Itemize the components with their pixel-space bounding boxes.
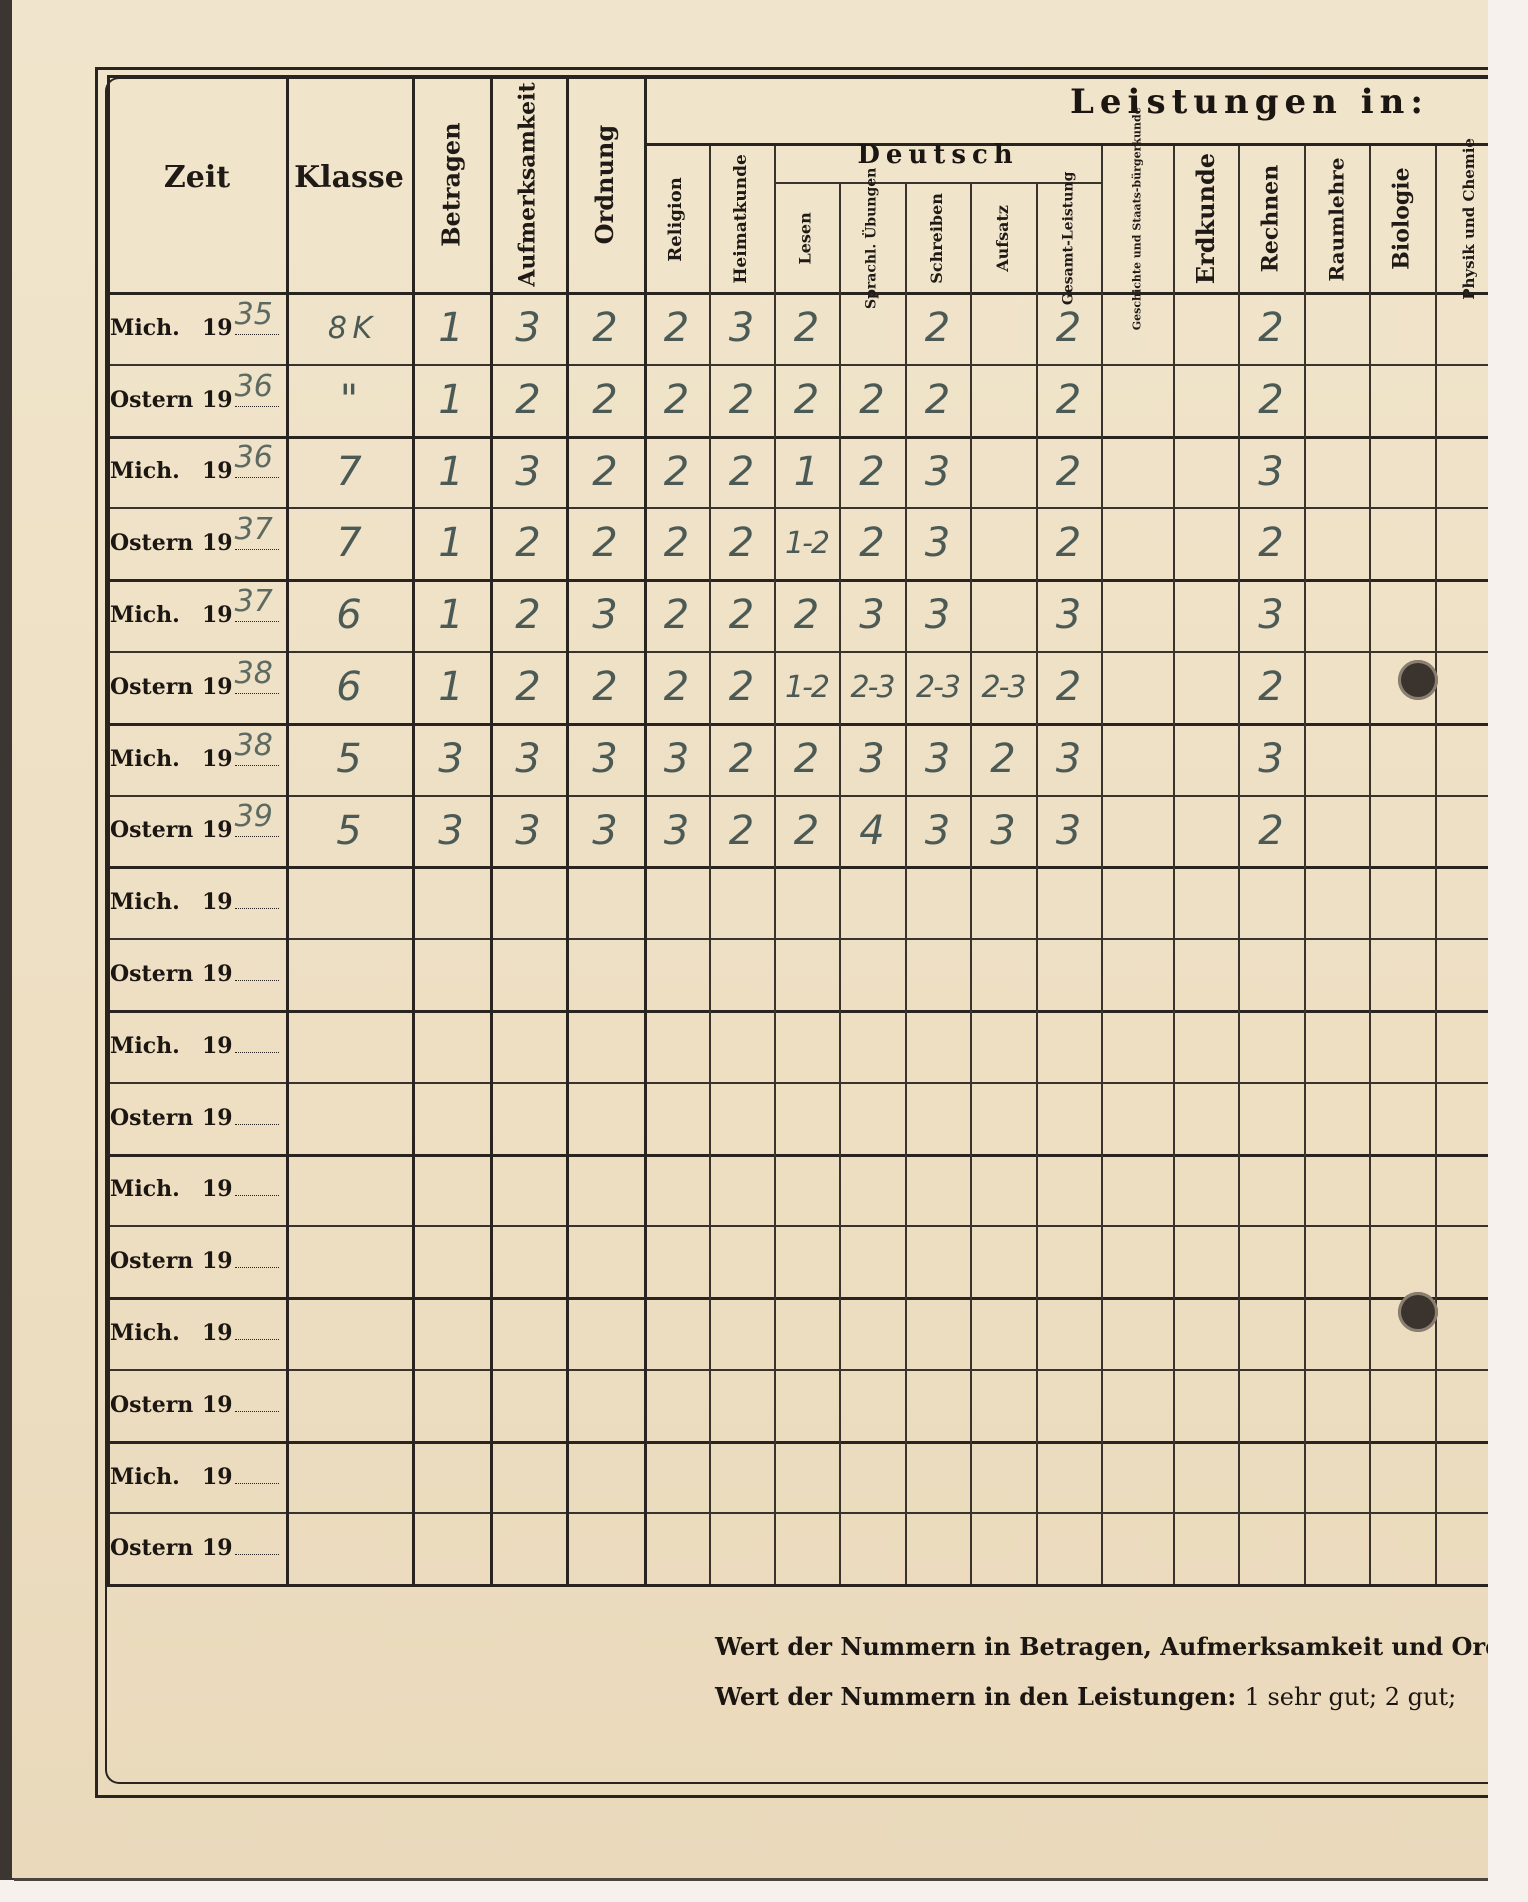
grade-cell: " <box>286 364 412 436</box>
grade-cell <box>970 507 1036 579</box>
grade-cell <box>1304 292 1369 364</box>
grade-cell <box>1304 723 1369 795</box>
grade-cell: 1 <box>412 507 490 579</box>
grade-cell: 3 <box>566 723 644 795</box>
term-label: Mich. <box>110 1033 198 1059</box>
grade-cell: 3 <box>839 579 905 651</box>
grade-cell: 2 <box>1238 507 1304 579</box>
grade-cell: 2-3 <box>905 651 970 723</box>
header-ordnung-label: Ordnung <box>592 125 617 244</box>
year-field <box>235 1463 279 1484</box>
grade-cell <box>1369 795 1435 867</box>
grade-cell: 2 <box>1036 436 1101 508</box>
row-zeit: Mich.19 <box>110 1175 279 1202</box>
grade-cell <box>1101 579 1173 651</box>
year-value: 38 <box>235 728 273 763</box>
grade-cell: 2 <box>644 364 709 436</box>
term-label: Mich. <box>110 1176 198 1202</box>
grade-cell: 3 <box>644 723 709 795</box>
row-zeit: Ostern19 <box>110 1247 279 1274</box>
grade-cell <box>1173 292 1238 364</box>
year-field <box>235 1104 279 1125</box>
grade-cell: 2 <box>644 579 709 651</box>
grade-cell: 2 <box>1036 364 1101 436</box>
grade-cell <box>1369 579 1435 651</box>
header-subject-3: Raumlehre <box>1304 146 1369 292</box>
year-prefix: 19 <box>202 674 233 700</box>
grade-cell <box>839 292 905 364</box>
row-zeit: Mich.1938 <box>110 745 279 772</box>
grade-cell: 3 <box>490 292 566 364</box>
grade-cell: 2 <box>905 292 970 364</box>
grade-cell: 2 <box>709 364 774 436</box>
header-subject-4-label: Biologie <box>1390 168 1413 270</box>
grade-cell: 2 <box>1036 292 1101 364</box>
header-deutsch: Deutsch <box>774 140 1102 170</box>
row-zeit: Ostern19 <box>110 1104 279 1131</box>
grade-cell: 7 <box>286 436 412 508</box>
year-field: 38 <box>235 673 279 694</box>
grade-cell: 2 <box>490 579 566 651</box>
grade-cell: 3 <box>644 795 709 867</box>
grade-cell: 2 <box>644 651 709 723</box>
year-prefix: 19 <box>202 602 233 628</box>
grade-cell: 3 <box>490 436 566 508</box>
grade-cell: 5 <box>286 723 412 795</box>
grade-cell: 3 <box>970 795 1036 867</box>
year-value: 38 <box>235 656 273 691</box>
header-subject-1-label: Erdkunde <box>1193 153 1218 284</box>
row-zeit: Ostern1937 <box>110 529 279 556</box>
grade-cell: 2 <box>490 507 566 579</box>
grade-cell: 2 <box>709 436 774 508</box>
grade-cell <box>1173 364 1238 436</box>
row-zeit: Mich.19 <box>110 888 279 915</box>
grade-cell <box>1304 507 1369 579</box>
grade-cell <box>1173 723 1238 795</box>
grade-cell: 3 <box>709 292 774 364</box>
year-field <box>235 1247 279 1268</box>
grade-cell: 2 <box>1036 507 1101 579</box>
grade-cell: 3 <box>566 579 644 651</box>
grade-cell: 3 <box>566 795 644 867</box>
year-prefix: 19 <box>202 961 233 987</box>
footer-legend-behavior: Wert der Nummern in Betragen, Aufmerksam… <box>715 1632 1528 1661</box>
year-prefix: 19 <box>202 458 233 484</box>
header-deutsch-0: Lesen <box>774 184 839 292</box>
grid-line <box>107 1369 1504 1371</box>
grade-cell: 3 <box>905 579 970 651</box>
header-subject-3-label: Raumlehre <box>1326 157 1347 281</box>
grade-cell: 2 <box>566 507 644 579</box>
term-label: Mich. <box>110 458 198 484</box>
year-field: 35 <box>235 314 279 335</box>
grade-cell <box>1173 436 1238 508</box>
grid-line <box>107 1441 1504 1444</box>
grade-cell: 2 <box>644 507 709 579</box>
grade-cell: 2 <box>644 292 709 364</box>
term-label: Ostern <box>110 387 198 413</box>
year-value: 37 <box>235 512 273 547</box>
grade-cell: 2 <box>709 651 774 723</box>
term-label: Ostern <box>110 961 198 987</box>
grade-cell: 1-2 <box>774 507 839 579</box>
row-zeit: Ostern1939 <box>110 816 279 843</box>
punch-hole-bottom <box>1398 1292 1438 1332</box>
header-deutsch-2: Schreiben <box>905 184 970 292</box>
header-aufmerksamkeit: Aufmerksamkeit <box>490 78 566 292</box>
term-label: Mich. <box>110 1320 198 1346</box>
grade-cell <box>1369 292 1435 364</box>
grade-cell: 1 <box>412 579 490 651</box>
year-prefix: 19 <box>202 1176 233 1202</box>
year-field: 36 <box>235 457 279 478</box>
year-field <box>235 1534 279 1555</box>
grade-cell: 2 <box>774 364 839 436</box>
grade-cell: 8 K <box>286 292 412 364</box>
grade-cell: 2-3 <box>839 651 905 723</box>
grade-cell: 2 <box>644 436 709 508</box>
grade-cell <box>1173 507 1238 579</box>
grade-cell: 1 <box>412 651 490 723</box>
header-klasse: Klasse <box>286 160 412 195</box>
grade-cell: 3 <box>1036 795 1101 867</box>
grade-cell: 3 <box>905 723 970 795</box>
grade-cell: 2 <box>709 795 774 867</box>
year-prefix: 19 <box>202 1248 233 1274</box>
grade-cell <box>1369 364 1435 436</box>
grade-cell: 3 <box>1036 579 1101 651</box>
grade-cell: 6 <box>286 579 412 651</box>
term-label: Ostern <box>110 1248 198 1274</box>
grade-cell <box>1304 436 1369 508</box>
grade-cell: 2 <box>774 723 839 795</box>
grade-cell <box>970 436 1036 508</box>
header-leistungen: Leistungen in: <box>1070 82 1429 122</box>
grade-cell: 2 <box>1238 795 1304 867</box>
header-subject-2: Rechnen <box>1238 146 1304 292</box>
grade-cell: 2 <box>774 292 839 364</box>
row-zeit: Mich.1936 <box>110 457 279 484</box>
grade-cell <box>1101 507 1173 579</box>
punch-hole-top <box>1398 660 1438 700</box>
term-label: Mich. <box>110 1464 198 1490</box>
grade-cell: 2 <box>566 651 644 723</box>
year-prefix: 19 <box>202 1392 233 1418</box>
grade-cell: 1 <box>774 436 839 508</box>
row-zeit: Ostern19 <box>110 960 279 987</box>
term-label: Ostern <box>110 1105 198 1131</box>
year-prefix: 19 <box>202 1535 233 1561</box>
grade-cell: 3 <box>1036 723 1101 795</box>
header-aufmerksamkeit-label: Aufmerksamkeit <box>516 83 539 287</box>
header-religion: Religion <box>644 146 709 292</box>
header-betragen: Betragen <box>412 78 490 292</box>
header-deutsch-3-label: Aufsatz <box>995 205 1012 272</box>
year-field: 36 <box>235 386 279 407</box>
grade-cell: 3 <box>905 436 970 508</box>
term-label: Ostern <box>110 674 198 700</box>
year-prefix: 19 <box>202 315 233 341</box>
grade-cell: 2 <box>709 579 774 651</box>
year-field: 38 <box>235 745 279 766</box>
year-prefix: 19 <box>202 1033 233 1059</box>
row-zeit: Mich.19 <box>110 1319 279 1346</box>
grade-cell <box>1101 723 1173 795</box>
term-label: Ostern <box>110 530 198 556</box>
footer-legend-performance: Wert der Nummern in den Leistungen: 1 se… <box>715 1682 1456 1711</box>
grade-cell: 4 <box>839 795 905 867</box>
row-zeit: Mich.1937 <box>110 601 279 628</box>
grade-cell: 2 <box>839 436 905 508</box>
grade-cell: 2 <box>905 364 970 436</box>
header-subject-2-label: Rechnen <box>1259 165 1282 273</box>
year-prefix: 19 <box>202 387 233 413</box>
grade-cell: 2 <box>839 364 905 436</box>
grade-cell <box>970 364 1036 436</box>
grade-cell <box>1101 651 1173 723</box>
grid-line <box>107 1297 1504 1300</box>
term-label: Mich. <box>110 746 198 772</box>
term-label: Mich. <box>110 889 198 915</box>
year-field <box>235 1032 279 1053</box>
header-religion-label: Religion <box>667 177 686 262</box>
header-heimatkunde-label: Heimatkunde <box>733 154 751 283</box>
grade-cell <box>970 292 1036 364</box>
grade-cell: 1 <box>412 364 490 436</box>
year-field <box>235 1175 279 1196</box>
grid-line <box>107 1512 1504 1514</box>
grade-cell: 3 <box>490 723 566 795</box>
grade-cell: 2 <box>566 364 644 436</box>
grade-cell: 2 <box>970 723 1036 795</box>
header-ordnung: Ordnung <box>566 78 644 292</box>
header-deutsch-0-label: Lesen <box>798 212 815 264</box>
page-edge-background <box>1488 0 1528 1902</box>
grade-cell <box>1369 436 1435 508</box>
year-prefix: 19 <box>202 1464 233 1490</box>
year-prefix: 19 <box>202 817 233 843</box>
grade-cell: 3 <box>1238 579 1304 651</box>
header-subject-1: Erdkunde <box>1173 146 1238 292</box>
grade-cell: 2 <box>490 364 566 436</box>
grade-cell: 2 <box>1238 292 1304 364</box>
year-value: 36 <box>235 369 273 404</box>
grade-cell: 3 <box>1238 436 1304 508</box>
grade-cell: 5 <box>286 795 412 867</box>
header-deutsch-4: Gesamt-Leistung <box>1036 184 1101 292</box>
grade-cell: 2-3 <box>970 651 1036 723</box>
grid-line <box>107 938 1504 940</box>
year-prefix: 19 <box>202 1105 233 1131</box>
header-deutsch-4-label: Gesamt-Leistung <box>1061 171 1076 304</box>
term-label: Mich. <box>110 602 198 628</box>
grade-cell: 2 <box>709 723 774 795</box>
footer-legend-label: Wert der Nummern in den Leistungen: <box>715 1682 1236 1711</box>
row-zeit: Ostern1936 <box>110 386 279 413</box>
header-deutsch-2-label: Schreiben <box>929 193 946 284</box>
row-zeit: Ostern1938 <box>110 673 279 700</box>
grade-cell <box>1173 651 1238 723</box>
header-deutsch-1-label: Sprachl. Übungen <box>865 167 880 308</box>
grade-cell: 1-2 <box>774 651 839 723</box>
grade-cell: 2 <box>709 507 774 579</box>
grade-cell: 3 <box>905 507 970 579</box>
year-prefix: 19 <box>202 530 233 556</box>
grade-cell <box>1304 795 1369 867</box>
grade-cell: 3 <box>1238 723 1304 795</box>
grade-cell: 2 <box>1036 651 1101 723</box>
grade-cell <box>970 579 1036 651</box>
row-zeit: Mich.19 <box>110 1032 279 1059</box>
grade-cell <box>1101 364 1173 436</box>
year-prefix: 19 <box>202 889 233 915</box>
grid-line <box>107 1584 1504 1587</box>
grade-cell: 3 <box>490 795 566 867</box>
term-label: Ostern <box>110 1392 198 1418</box>
header-deutsch-3: Aufsatz <box>970 184 1036 292</box>
grade-cell <box>1369 723 1435 795</box>
header-subject-5-label: Physik und Chemie <box>1462 138 1478 300</box>
grade-cell: 3 <box>412 795 490 867</box>
grid-line <box>107 1082 1504 1084</box>
row-zeit: Mich.19 <box>110 1463 279 1490</box>
header-zeit: Zeit <box>107 160 287 195</box>
header-deutsch-1: Sprachl. Übungen <box>839 184 905 292</box>
grade-cell: 7 <box>286 507 412 579</box>
header-betragen-label: Betragen <box>438 123 463 247</box>
grade-cell <box>1173 795 1238 867</box>
term-label: Mich. <box>110 315 198 341</box>
year-field <box>235 1319 279 1340</box>
year-field: 39 <box>235 816 279 837</box>
year-field <box>235 1391 279 1412</box>
grade-cell <box>1173 579 1238 651</box>
term-label: Ostern <box>110 817 198 843</box>
grid-line <box>107 1225 1504 1227</box>
year-value: 39 <box>235 799 273 834</box>
grade-cell: 1 <box>412 292 490 364</box>
grid-line <box>107 75 1504 78</box>
year-value: 35 <box>235 297 273 332</box>
year-prefix: 19 <box>202 1320 233 1346</box>
year-value: 36 <box>235 440 273 475</box>
grade-cell <box>1101 436 1173 508</box>
header-subject-4: Biologie <box>1369 146 1435 292</box>
header-heimatkunde: Heimatkunde <box>709 146 774 292</box>
grade-cell: 2 <box>566 436 644 508</box>
grade-cell: 2 <box>1238 364 1304 436</box>
grid-line <box>107 1010 1504 1013</box>
row-zeit: Ostern19 <box>110 1391 279 1418</box>
grade-cell: 2 <box>774 795 839 867</box>
grid-line <box>107 1154 1504 1157</box>
year-prefix: 19 <box>202 746 233 772</box>
grade-cell <box>1369 507 1435 579</box>
year-field: 37 <box>235 529 279 550</box>
year-field <box>235 960 279 981</box>
grade-cell: 3 <box>412 723 490 795</box>
grade-cell: 2 <box>839 507 905 579</box>
grade-cell <box>1101 292 1173 364</box>
header-subject-0: Geschichte und Staats-bürgerkunde <box>1101 146 1173 292</box>
grade-cell <box>1304 651 1369 723</box>
row-zeit: Mich.1935 <box>110 314 279 341</box>
grade-cell: 3 <box>905 795 970 867</box>
year-value: 37 <box>235 584 273 619</box>
grade-cell: 6 <box>286 651 412 723</box>
grade-cell: 2 <box>566 292 644 364</box>
grade-cell: 2 <box>1238 651 1304 723</box>
grade-cell: 1 <box>412 436 490 508</box>
year-field <box>235 888 279 909</box>
grade-cell <box>1304 579 1369 651</box>
year-field: 37 <box>235 601 279 622</box>
grade-cell <box>1304 364 1369 436</box>
term-label: Ostern <box>110 1535 198 1561</box>
grade-cell <box>1101 795 1173 867</box>
grade-cell: 3 <box>839 723 905 795</box>
row-zeit: Ostern19 <box>110 1534 279 1561</box>
grade-cell: 2 <box>490 651 566 723</box>
footer-legend-values: 1 sehr gut; 2 gut; <box>1245 1683 1457 1711</box>
grade-cell: 2 <box>774 579 839 651</box>
